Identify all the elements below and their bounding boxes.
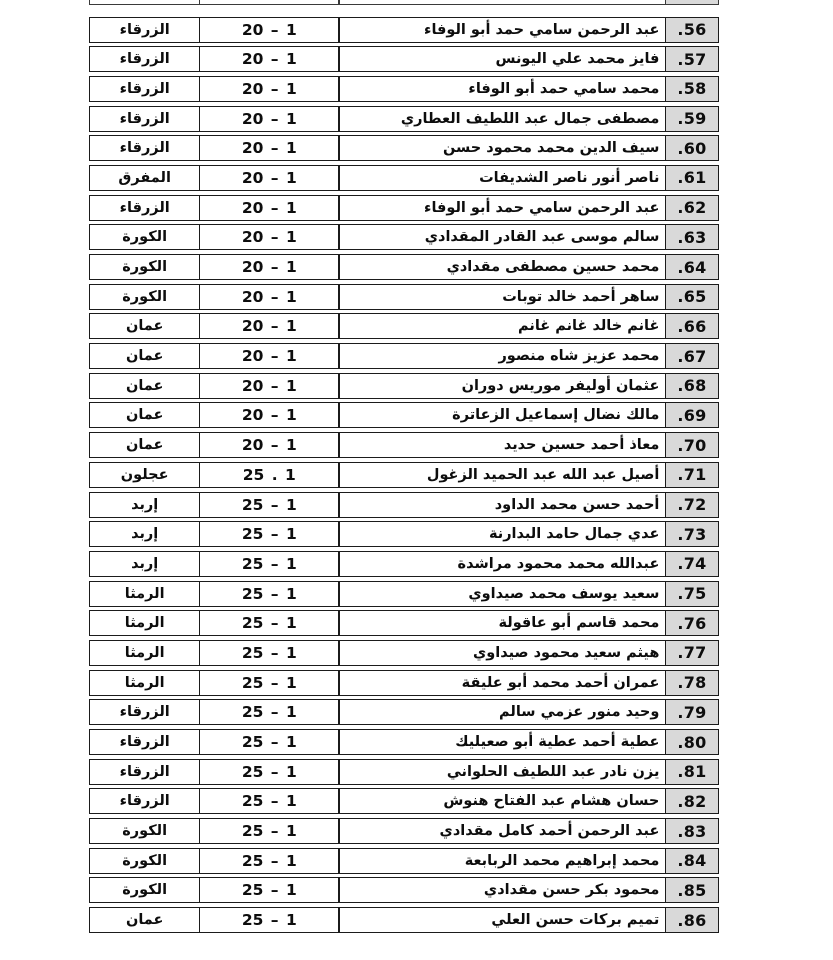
name-cell: معاذ أحمد حسين حديد xyxy=(338,432,666,458)
region-cell: الكورة xyxy=(89,284,200,310)
table-row: .84محمد إبراهيم محمد الربابعة25 – 1الكور… xyxy=(85,848,719,874)
partial-row-top xyxy=(85,0,719,5)
row-number-cell: .69 xyxy=(665,402,719,428)
range-cell: 25 – 1 xyxy=(199,670,340,696)
range-cell: 25 – 1 xyxy=(199,581,340,607)
range-cell: 20 – 1 xyxy=(199,17,340,43)
region-cell: عمان xyxy=(89,907,200,933)
range-cell: 25 – 1 xyxy=(199,877,340,903)
name-cell: عثمان أوليفر موريس دوران xyxy=(338,373,666,399)
row-number-cell xyxy=(665,0,719,5)
table-row: .68عثمان أوليفر موريس دوران20 – 1عمان xyxy=(85,373,719,399)
region-cell: الزرقاء xyxy=(89,76,200,102)
name-cell: غانم خالد غانم غانم xyxy=(338,313,666,339)
name-cell: عبد الرحمن سامي حمد أبو الوفاء xyxy=(338,195,666,221)
page: .56عبد الرحمن سامي حمد أبو الوفاء20 – 1ا… xyxy=(0,0,833,960)
name-cell: سالم موسى عبد القادر المقدادي xyxy=(338,224,666,250)
range-cell: 20 – 1 xyxy=(199,313,340,339)
table-row: .78عمران أحمد محمد أبو عليقة25 – 1الرمثا xyxy=(85,670,719,696)
range-cell: 25 – 1 xyxy=(199,699,340,725)
name-cell: ساهر أحمد خالد توبات xyxy=(338,284,666,310)
range-cell: 25 – 1 xyxy=(199,551,340,577)
row-number-cell: .74 xyxy=(665,551,719,577)
name-cell: محمد إبراهيم محمد الربابعة xyxy=(338,848,666,874)
row-number-cell: .83 xyxy=(665,818,719,844)
region-cell: الزرقاء xyxy=(89,106,200,132)
name-cell: سعيد يوسف محمد صيداوي xyxy=(338,581,666,607)
range-cell: 20 – 1 xyxy=(199,165,340,191)
name-cell: فايز محمد علي اليونس xyxy=(338,46,666,72)
range-cell: 25 – 1 xyxy=(199,729,340,755)
table-row: .57فايز محمد علي اليونس20 – 1الزرقاء xyxy=(85,46,719,72)
table-row: .76محمد قاسم أبو عاقولة25 – 1الرمثا xyxy=(85,610,719,636)
range-cell: 20 – 1 xyxy=(199,195,340,221)
name-cell: هيثم سعيد محمود صيداوي xyxy=(338,640,666,666)
row-number-cell: .57 xyxy=(665,46,719,72)
region-cell: عمان xyxy=(89,432,200,458)
table-row: .74عبدالله محمد محمود مراشدة25 – 1إربد xyxy=(85,551,719,577)
range-cell: 25 – 1 xyxy=(199,759,340,785)
region-cell: إربد xyxy=(89,492,200,518)
region-cell xyxy=(89,0,200,5)
range-cell: 25 – 1 xyxy=(199,788,340,814)
table-row: .86تميم بركات حسن العلي25 – 1عمان xyxy=(85,907,719,933)
name-cell: محمد عزيز شاه منصور xyxy=(338,343,666,369)
range-cell xyxy=(199,0,340,5)
row-number-cell: .79 xyxy=(665,699,719,725)
name-cell: سيف الدين محمد محمود حسن xyxy=(338,135,666,161)
region-cell: الرمثا xyxy=(89,670,200,696)
region-cell: عمان xyxy=(89,343,200,369)
range-cell: 20 – 1 xyxy=(199,254,340,280)
table-row: .75سعيد يوسف محمد صيداوي25 – 1الرمثا xyxy=(85,581,719,607)
row-number-cell: .62 xyxy=(665,195,719,221)
name-cell: تميم بركات حسن العلي xyxy=(338,907,666,933)
roster-table: .56عبد الرحمن سامي حمد أبو الوفاء20 – 1ا… xyxy=(85,0,719,937)
range-cell: 25 . 1 xyxy=(199,462,340,488)
name-cell: أحمد حسن محمد الداود xyxy=(338,492,666,518)
table-row: .73عدي جمال حامد البدارنة25 – 1إربد xyxy=(85,521,719,547)
region-cell: الرمثا xyxy=(89,581,200,607)
table-row: .69مالك نضال إسماعيل الزعاترة20 – 1عمان xyxy=(85,402,719,428)
table-row: .56عبد الرحمن سامي حمد أبو الوفاء20 – 1ا… xyxy=(85,17,719,43)
row-number-cell: .82 xyxy=(665,788,719,814)
table-row: .71أصيل عبد الله عبد الحميد الزغول25 . 1… xyxy=(85,462,719,488)
table-row: .63سالم موسى عبد القادر المقدادي20 – 1ال… xyxy=(85,224,719,250)
region-cell: الزرقاء xyxy=(89,788,200,814)
row-number-cell: .65 xyxy=(665,284,719,310)
range-cell: 20 – 1 xyxy=(199,224,340,250)
row-number-cell: .81 xyxy=(665,759,719,785)
region-cell: الكورة xyxy=(89,254,200,280)
region-cell: الزرقاء xyxy=(89,17,200,43)
region-cell: الزرقاء xyxy=(89,135,200,161)
range-cell: 20 – 1 xyxy=(199,135,340,161)
row-number-cell: .58 xyxy=(665,76,719,102)
name-cell: وحيد منور عزمي سالم xyxy=(338,699,666,725)
name-cell: يزن نادر عبد اللطيف الحلواني xyxy=(338,759,666,785)
name-cell: حسان هشام عبد الفتاح هنوش xyxy=(338,788,666,814)
row-number-cell: .85 xyxy=(665,877,719,903)
name-cell: عبدالله محمد محمود مراشدة xyxy=(338,551,666,577)
table-row: .65ساهر أحمد خالد توبات20 – 1الكورة xyxy=(85,284,719,310)
table-row: .64محمد حسين مصطفى مقدادي20 – 1الكورة xyxy=(85,254,719,280)
row-number-cell: .72 xyxy=(665,492,719,518)
row-number-cell: .60 xyxy=(665,135,719,161)
table-row: .80عطية أحمد عطية أبو صعيليك25 – 1الزرقا… xyxy=(85,729,719,755)
name-cell: أصيل عبد الله عبد الحميد الزغول xyxy=(338,462,666,488)
range-cell: 25 – 1 xyxy=(199,492,340,518)
table-row: .62عبد الرحمن سامي حمد أبو الوفاء20 – 1ا… xyxy=(85,195,719,221)
name-cell: محمد حسين مصطفى مقدادي xyxy=(338,254,666,280)
name-cell: محمد سامي حمد أبو الوفاء xyxy=(338,76,666,102)
table-row: .72أحمد حسن محمد الداود25 – 1إربد xyxy=(85,492,719,518)
region-cell: عمان xyxy=(89,313,200,339)
table-row: .82حسان هشام عبد الفتاح هنوش25 – 1الزرقا… xyxy=(85,788,719,814)
range-cell: 25 – 1 xyxy=(199,521,340,547)
table-row: .81يزن نادر عبد اللطيف الحلواني25 – 1الز… xyxy=(85,759,719,785)
range-cell: 20 – 1 xyxy=(199,106,340,132)
region-cell: الزرقاء xyxy=(89,46,200,72)
name-cell: ناصر أنور ناصر الشديفات xyxy=(338,165,666,191)
table-row: .61ناصر أنور ناصر الشديفات20 – 1المفرق xyxy=(85,165,719,191)
name-cell: مالك نضال إسماعيل الزعاترة xyxy=(338,402,666,428)
name-cell: محمد قاسم أبو عاقولة xyxy=(338,610,666,636)
region-cell: الرمثا xyxy=(89,640,200,666)
table-row: .85محمود بكر حسن مقدادي25 – 1الكورة xyxy=(85,877,719,903)
region-cell: الكورة xyxy=(89,877,200,903)
name-cell: عمران أحمد محمد أبو عليقة xyxy=(338,670,666,696)
row-number-cell: .86 xyxy=(665,907,719,933)
range-cell: 20 – 1 xyxy=(199,46,340,72)
row-number-cell: .73 xyxy=(665,521,719,547)
name-cell: عدي جمال حامد البدارنة xyxy=(338,521,666,547)
row-number-cell: .84 xyxy=(665,848,719,874)
range-cell: 20 – 1 xyxy=(199,402,340,428)
table-row: .59مصطفى جمال عبد اللطيف العطاري20 – 1ال… xyxy=(85,106,719,132)
table-row: .83عبد الرحمن أحمد كامل مقدادي25 – 1الكو… xyxy=(85,818,719,844)
range-cell: 20 – 1 xyxy=(199,343,340,369)
row-number-cell: .56 xyxy=(665,17,719,43)
range-cell: 20 – 1 xyxy=(199,432,340,458)
region-cell: إربد xyxy=(89,521,200,547)
region-cell: المفرق xyxy=(89,165,200,191)
range-cell: 25 – 1 xyxy=(199,848,340,874)
row-number-cell: .61 xyxy=(665,165,719,191)
name-cell xyxy=(338,0,666,5)
region-cell: الرمثا xyxy=(89,610,200,636)
range-cell: 25 – 1 xyxy=(199,818,340,844)
name-cell: مصطفى جمال عبد اللطيف العطاري xyxy=(338,106,666,132)
region-cell: الكورة xyxy=(89,848,200,874)
region-cell: الكورة xyxy=(89,818,200,844)
table-row: .58محمد سامي حمد أبو الوفاء20 – 1الزرقاء xyxy=(85,76,719,102)
row-number-cell: .75 xyxy=(665,581,719,607)
region-cell: عمان xyxy=(89,402,200,428)
range-cell: 25 – 1 xyxy=(199,640,340,666)
row-number-cell: .76 xyxy=(665,610,719,636)
row-number-cell: .70 xyxy=(665,432,719,458)
range-cell: 20 – 1 xyxy=(199,284,340,310)
region-cell: عمان xyxy=(89,373,200,399)
region-cell: عجلون xyxy=(89,462,200,488)
table-row: .60سيف الدين محمد محمود حسن20 – 1الزرقاء xyxy=(85,135,719,161)
row-number-cell: .71 xyxy=(665,462,719,488)
region-cell: الكورة xyxy=(89,224,200,250)
region-cell: إربد xyxy=(89,551,200,577)
region-cell: الزرقاء xyxy=(89,195,200,221)
table-row: .66غانم خالد غانم غانم20 – 1عمان xyxy=(85,313,719,339)
name-cell: محمود بكر حسن مقدادي xyxy=(338,877,666,903)
row-number-cell: .63 xyxy=(665,224,719,250)
range-cell: 25 – 1 xyxy=(199,907,340,933)
table-row: .79وحيد منور عزمي سالم25 – 1الزرقاء xyxy=(85,699,719,725)
range-cell: 20 – 1 xyxy=(199,373,340,399)
row-number-cell: .59 xyxy=(665,106,719,132)
region-cell: الزرقاء xyxy=(89,729,200,755)
range-cell: 25 – 1 xyxy=(199,610,340,636)
name-cell: عبد الرحمن سامي حمد أبو الوفاء xyxy=(338,17,666,43)
row-number-cell: .68 xyxy=(665,373,719,399)
range-cell: 20 – 1 xyxy=(199,76,340,102)
table-row: .67محمد عزيز شاه منصور20 – 1عمان xyxy=(85,343,719,369)
row-number-cell: .78 xyxy=(665,670,719,696)
name-cell: عبد الرحمن أحمد كامل مقدادي xyxy=(338,818,666,844)
region-cell: الزرقاء xyxy=(89,699,200,725)
row-number-cell: .66 xyxy=(665,313,719,339)
row-number-cell: .80 xyxy=(665,729,719,755)
row-number-cell: .67 xyxy=(665,343,719,369)
row-number-cell: .77 xyxy=(665,640,719,666)
row-number-cell: .64 xyxy=(665,254,719,280)
name-cell: عطية أحمد عطية أبو صعيليك xyxy=(338,729,666,755)
table-row: .77هيثم سعيد محمود صيداوي25 – 1الرمثا xyxy=(85,640,719,666)
table-row: .70معاذ أحمد حسين حديد20 – 1عمان xyxy=(85,432,719,458)
region-cell: الزرقاء xyxy=(89,759,200,785)
